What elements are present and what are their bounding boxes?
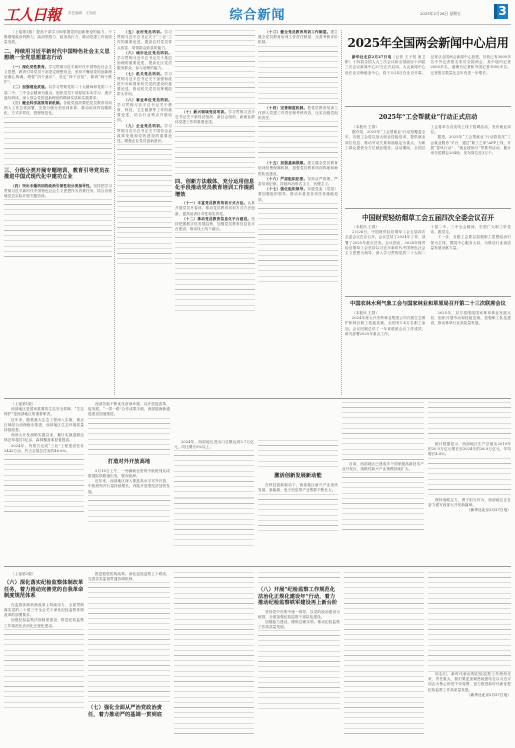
text-filler [4,629,84,709]
paragraph: 2025年，双方将围绕国家林草事业发展大局，组织开展劳动和技能竞赛，加强职工队伍… [431,311,512,327]
paragraph: 2024年，西部地区进出口总额达到3.7万亿元，同比增长5%以上。 [174,440,254,450]
text-filler [174,498,254,548]
text-filler [175,30,255,110]
discipline-article-col-5 [344,572,424,744]
text-filler [174,572,254,736]
west-headline-block: 奋力谱写西部大开发新篇章 [174,400,334,422]
paragraph: （六）城市社区党员培训。学习贯彻习近平总书记关于基层治理的重要论述，提高社区党员… [117,51,172,72]
paragraph: 统计数据显示，西部地区生产总值从2019年的20.5万亿元增长至2024年的26… [428,442,511,458]
column-divider [341,30,342,395]
jobs-article: 2025年“工会帮就业”行动正式启动 （本报讯 王群） 据介绍，2025年“工会… [345,110,511,206]
paragraph: （四）突出专题培训的政治引领性和分类指导性。坚持把学习贯彻习近平新时代中国特色社… [4,184,112,200]
discipline-article-col-4: （八）开展“纪检监察工作规范化法治化正规化建设年”行动，着力推动纪检监察铁军建设… [258,572,340,744]
section-divider [4,566,511,567]
subheading-3: 三、分级分类开展专题培训，教育引导党员在推进中国式现代化中建功立业 [4,168,112,181]
text-filler [4,117,112,165]
paragraph: （十五）加强基础保障。建立健全党员教育培训经费保障机制，加强党员教育培训阵地和师… [258,161,338,177]
text-filler [258,440,338,470]
article-divider [345,106,511,107]
paragraph: （十三）健全党员教育培训工作制度。建立健全党员教育培训工作责任制度，完善考核评价… [258,30,338,46]
column-divider [114,30,115,395]
subheading-2: 二、持续用习近平新时代中国特色社会主义思想统一全党思想意志行动 [4,49,112,62]
text-filler [342,472,424,532]
paragraph: （十六）严肃组织纪律。坚持从严管理，严肃培训纪律，持续纠治形式主义、官僚主义。 [258,177,338,187]
paragraph: （八）事业单位党员培训。学习贯彻习近平总书记关于教育、科技、卫生健康等工作的重要… [117,98,172,124]
text-filler [428,458,511,498]
education-article-col-2: （五）农村党员培训。学习贯彻习近平总书记关于“三农”工作的重要论述，提高农村党员… [117,30,172,395]
text-filler [88,418,170,456]
issue-date: 2025年2月28日 星期五 [420,11,461,17]
paragraph: 西部大开发战略实施以来，累计实施退耕还林还草超过5亿亩，森林覆盖率显著提高。 [4,433,84,443]
dateline: （上接第2版） [4,572,84,577]
paragraph: 新华社北京2月27日电（记者 王子悦 唐卫彬）十四届全国人大三次会议和全国政协十… [345,55,511,76]
paragraph: 2月10日上午，一列满载农资的中欧班列从成都国际铁路港出发，驶向欧洲。 [88,469,170,479]
text-filler [117,144,172,264]
section-divider [4,398,511,399]
paragraph: 2024年，内蒙古完成“三北”工程建设任务2442万亩，约占全国总任务的48.6… [4,444,84,454]
text-filler [342,402,424,462]
headline-forestry-union: 中国农林水利气象工会与国家林业和草原局召开第二十三次联席会议 [345,300,511,307]
subheading-4: 四、创新方法载体，充分运用信息化手段推动党员教育培训工作提质增效 [175,179,255,199]
text-filler [4,199,112,259]
text-filler [258,630,340,710]
paragraph: 西部地区是国家重要的生态安全屏障，“生态保护”是西部地区的重要职责。 [4,407,84,417]
paragraph: （七）机关党员培训。学习贯彻习近平总书记关于加强和改进中央和国家机关党的建设的重… [117,72,172,98]
paragraph: （二）加强理论武装。以学习贯彻党的二十大精神和党的二十届二中、三中全会精神为重点… [4,85,112,101]
text-filler [88,495,170,525]
paragraph: 据悉，2025年“工会帮就业”行动将依托“工会就业服务”平台，通过“职工之家”A… [431,135,512,156]
headline-finance-union: 中国财贸轻纺烟草工会五届四次全委会议召开 [345,212,511,222]
masthead: 工人日報 责任编辑：王宪政 综合新闻 2025年2月28日 星期五 3 [0,0,515,26]
text-filler [428,402,511,442]
text-filler [88,582,170,702]
text-filler [344,572,424,736]
paragraph: （十一）丰富党员教育培训方式方法。认真开展党员冬春训，推动党员教育培训方式方法创… [175,201,255,217]
paragraph: （十四）完善制度机制。把党员教育培训工作纳入党建工作责任制考核内容，压实各级党组… [258,106,338,122]
paragraph: （一）深化党性教育。学习贯彻习近平新时代中国特色社会主义思想，教育引导党员干部坚… [4,65,112,86]
nhc-article: 2025年全国两会新闻中心启用 新华社北京2月27日电（记者 王子悦 唐卫彬）十… [345,32,511,104]
paragraph: 近年来，随着重大生态工程深入实施，重点区域综合治理稳步推进，西部地区生态环境质量… [4,418,84,434]
west-article-col-2: 西部各地不断优化营商环境，以开放促改革、促发展，“一带一路”合作成果丰硕，西部陆… [88,402,170,562]
subheading-innovation: 激活创新发展新动能 [258,474,338,479]
paragraph: 保持战略定力，勇于担当作为，西部地区正在奋力谱写西部大开发新篇章。 [428,498,511,508]
paragraph: 在科技创新驱动下，西部地区新兴产业加快发展，新能源、电子信息等产业集群不断壮大。 [258,483,338,493]
education-article-col-1: （上接第1版）提高干部学习和掌握党的创新理论的能力，不断增强政治判断力、政治领悟… [4,30,112,400]
text-filler [258,203,338,283]
paragraph: 同志们，新时代新征程纪检监察工作使命光荣、责任重大，我们要更加紧密地团结在以习近… [428,672,511,693]
paragraph: 坚持党中央集中统一领导，以党的政治建设为统领，全面加强纪检监察干部队伍建设。 [258,610,340,620]
west-article-col-6: 统计数据显示，西部地区生产总值从2019年的20.5万亿元增长至2024年的26… [428,402,511,562]
paragraph: （十七）强化组织领导。各级党委（党组）要加强组织领导，推动本意见各项任务落地见效… [258,187,338,203]
article-intro: （上接第1版）提高干部学习和掌握党的创新理论的能力，不断增强政治判断力、政治领悟… [4,30,112,46]
text-filler [174,450,254,498]
paragraph: （五）农村党员培训。学习贯彻习近平总书记关于“三农”工作的重要论述，提高农村党员… [117,30,172,51]
paragraph: 加强纪检监察法规制度建设，推进纪检监察工作规范化法治化正规化建设。 [4,618,84,628]
text-filler [258,46,338,106]
text-filler [428,572,511,672]
paragraph: 加强能力建设，锤炼过硬本领，推动纪检监察工作高质量发展。 [258,620,340,630]
text-filler [258,121,338,161]
subheading-8: （八）开展“纪检监察工作规范化法治化正规化建设年”行动，着力推动纪检监察铁军建设… [258,587,340,607]
discipline-article-col-2: 推进派驻机构改革，深化巡视巡察上下联动，完善各类监督贯通协调机制。 （七）强化全… [88,572,170,744]
paragraph: 西部各地不断优化营商环境，以开放促改革、促发展，“一带一路”合作成果丰硕，西部陆… [88,402,170,418]
text-filler [175,232,255,312]
text-filler [4,454,84,514]
headline-nhc: 2025年全国两会新闻中心启用 [345,34,511,51]
headline-jobs: 2025年“工会帮就业”行动正式启动 [345,112,511,121]
text-filler [258,494,338,534]
subheading-6: （六）深化落实纪检监察体制改革任务，着力推动完善党的自我革命制度规范体系 [4,580,84,600]
text-filler [175,126,255,176]
article-divider [345,208,511,209]
signoff: （新华社北京2月27日电） [428,508,511,513]
paragraph: （三）健全科学高效培训机制。各级党组织要把党员教育培训纳入工作总体部署，完善分级… [4,101,112,117]
paragraph: 推进派驻机构改革，深化巡视巡察上下联动，完善各类监督贯通协调机制。 [88,572,170,582]
signoff: （新华社北京2月27日电） [428,693,511,698]
subheading-7: （七）强化全面从严治党政治责任，着力推动严的基调一贯到底 [88,705,170,718]
west-article-col-3: 2024年，西部地区进出口总额达到3.7万亿元，同比增长5%以上。 [174,440,254,562]
paragraph: 近年来，西部地区深入推进高水平对外开放，中欧班列开行量持续增长，内陆开放型经济加… [88,479,170,495]
discipline-article-col-3 [174,572,254,744]
paragraph: 目前，西部地区已建成多个国家级高新技术产业开发区，战略性新兴产业规模持续扩大。 [342,462,424,472]
west-article-col-1: （上接第1版） 西部地区是国家重要的生态安全屏障，“生态保护”是西部地区的重要职… [4,402,84,562]
paragraph: （十）新兴领域党员培训。学习贯彻习近平总书记关于新经济组织、新社会组织、新就业群… [175,110,255,126]
paragraph: （十二）推动党员教育信息化平台建设。坚持把握数字化发展趋势，加强党员教育信息化平… [175,217,255,233]
subheading-open: 打造对外开放高地 [88,460,170,465]
west-article-col-5: 目前，西部地区已建成多个国家级高新技术产业开发区，战略性新兴产业规模持续扩大。 [342,402,424,562]
discipline-article-col-6: 同志们，新时代新征程纪检监察工作使命光荣、责任重大，我们要更加紧密地团结在以习近… [428,572,511,744]
paragraph: 2024年度大兴安岭林业集团公司开展生态保护和林区职工技能竞赛，全国有1.4万名… [345,316,426,337]
education-article-col-4: （十三）健全党员教育培训工作制度。建立健全党员教育培训工作责任制度，完善考核评价… [258,30,338,395]
forestry-union-article: 中国农林水利气象工会与国家林业和草原局召开第二十三次联席会议 （本报讯 王群） … [345,300,511,396]
paragraph: 下一步，各级工会要以加强职工思想政治引领为主线，围绕中心服务大局，为推动行业高质… [431,235,512,251]
discipline-article-col-1: （上接第2版） （六）深化落实纪检监察体制改革任务，着力推动完善党的自我革命制度… [4,572,84,744]
masthead-rule [4,24,511,25]
text-filler [258,572,340,584]
page-number-badge: 3 [494,4,508,19]
article-divider [345,296,511,297]
finance-union-article: 中国财贸轻纺烟草工会五届四次全委会议召开 （本报讯 王群） 2月26日，中国财贸… [345,212,511,294]
paragraph: 在监督体制机制改革上持续用力，全面贯彻落实党的二十届三中全会关于深化纪检监察体制… [4,603,84,619]
west-article-col-4: 激活创新发展新动能 在科技创新驱动下，西部地区新兴产业加快发展，新能源、电子信息… [258,440,338,562]
education-article-col-3: （十）新兴领域党员培训。学习贯彻习近平总书记关于新经济组织、新社会组织、新就业群… [175,30,255,395]
paragraph: （九）企业党员培训。学习贯彻习近平总书记关于国有企业改革发展和党的建设的重要论述… [117,124,172,145]
